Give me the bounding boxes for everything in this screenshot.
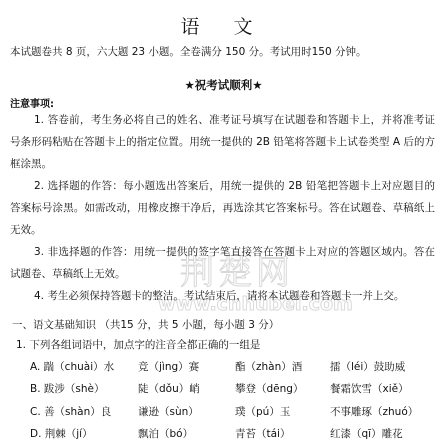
option-a-item-4: 擂（léi）鼓助威 bbox=[330, 360, 405, 374]
notice-item-4: 4. 考生必须保持答题卡的整洁。考试结束后，请将本试题卷和答题卡一并上交。 bbox=[10, 285, 435, 307]
option-d-item-4: 红漆（qī）雕花 bbox=[330, 427, 403, 441]
notice-item-3: 3. 非选择题的作答：用统一提供的签字笔直接答在答题卡上对应的答题区域内。答在试… bbox=[10, 241, 435, 285]
option-a-item-1: A. 踹（chuài）水 bbox=[30, 360, 114, 374]
option-d-item-1: D. 荆棘（jí） bbox=[30, 427, 93, 441]
option-b-item-1: B. 跋涉（shè） bbox=[30, 382, 104, 396]
option-b-item-2: 陡（dǒu）峭 bbox=[138, 382, 200, 396]
option-d-item-2: 飘泊（bó） bbox=[138, 427, 193, 441]
notice-item-2: 2. 选择题的作答：每小题选出答案后，用统一提供的 2B 铅笔把答题卡上对应题目… bbox=[10, 175, 435, 241]
question-1: 1. 下列各组词语中，加点字的注音全都正确的一组是 bbox=[16, 338, 260, 352]
page-title: 语 文 bbox=[0, 12, 447, 39]
good-luck-banner: ★祝考试顺利★ bbox=[0, 78, 447, 92]
notice-item-1: 1. 答卷前，考生务必将自己的姓名、准考证号填写在试题卷和答题卡上，并将准考证号… bbox=[10, 109, 435, 175]
exam-page: 语 文 本试题卷共 8 页，六大题 23 小题。全卷满分 150 分。考试用时1… bbox=[0, 0, 447, 441]
option-c-item-4: 不事雕琢（zhuó） bbox=[330, 405, 418, 419]
option-c-item-3: 璞（pú）玉 bbox=[235, 405, 290, 419]
section-heading: 一、语文基础知识 （共15 分，共 5 小题，每小题 3 分） bbox=[12, 318, 279, 332]
option-a-item-3: 酯（zhàn）酒 bbox=[235, 360, 302, 374]
option-b-item-3: 攀登（dēng） bbox=[235, 382, 303, 396]
option-d-item-3: 青苔（tái） bbox=[235, 427, 290, 441]
option-c-item-1: C. 善（shàn）良 bbox=[30, 405, 111, 419]
option-a-item-2: 竞（jìng）赛 bbox=[138, 360, 199, 374]
exam-intro: 本试题卷共 8 页，六大题 23 小题。全卷满分 150 分。考试用时150 分… bbox=[10, 45, 367, 59]
option-b-item-4: 餐霜饮雪（xiě） bbox=[330, 382, 409, 396]
option-c-item-2: 谦逊（sùn） bbox=[138, 405, 199, 419]
